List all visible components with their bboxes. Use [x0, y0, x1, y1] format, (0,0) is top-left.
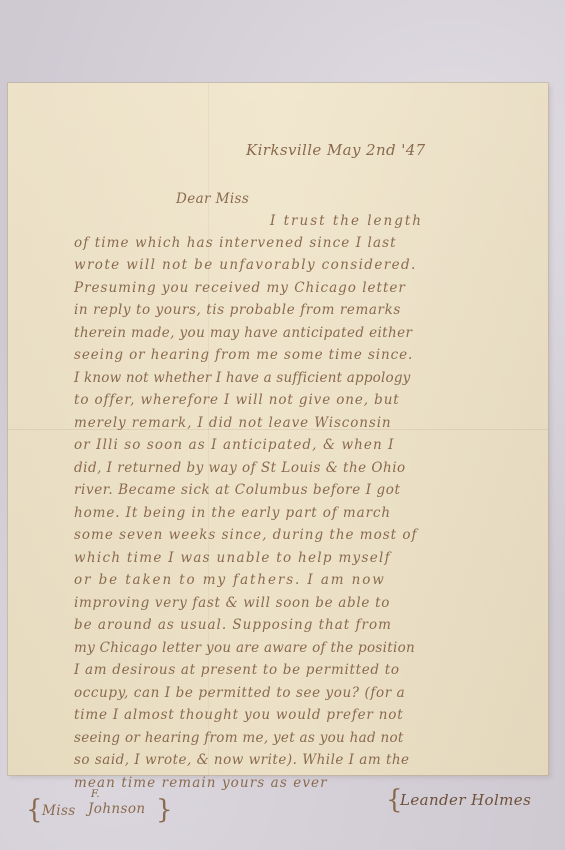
body-line: mean time remain yours as ever	[74, 777, 328, 791]
body-line: I trust the length	[270, 215, 423, 229]
body-line: merely remark, I did not leave Wisconsin	[74, 417, 392, 431]
salutation: Dear Miss	[176, 193, 249, 207]
place-date: Kirksville May 2nd '47	[246, 143, 426, 158]
body-line: my Chicago letter you are aware of the p…	[74, 642, 415, 656]
body-line: did, I returned by way of St Louis & the…	[74, 462, 406, 476]
body-line: home. It being in the early part of marc…	[74, 507, 391, 521]
body-line: so said, I wrote, & now write). While I …	[74, 754, 410, 768]
letter-page: Kirksville May 2nd '47 Dear Miss I trust…	[8, 83, 548, 775]
addressee-name: Johnson	[88, 803, 145, 817]
body-line: seeing or hearing from me, yet as you ha…	[74, 732, 404, 746]
body-line: Presuming you received my Chicago letter	[74, 282, 406, 296]
body-line: or be taken to my fathers. I am now	[74, 574, 386, 588]
body-line: river. Became sick at Columbus before I …	[74, 484, 401, 498]
body-line: which time I was unable to help myself	[74, 552, 391, 566]
addressee-brace-left: {	[26, 797, 43, 823]
body-line: therein made, you may have anticipated e…	[74, 327, 412, 341]
body-line: I am desirous at present to be permitted…	[74, 664, 400, 678]
body-line: I know not whether I have a sufficient a…	[74, 372, 411, 386]
body-line: of time which has intervened since I las…	[74, 237, 397, 251]
addressee-initial: F.	[91, 789, 100, 800]
addressee-brace-right: }	[156, 797, 173, 823]
signature: Leander Holmes	[400, 793, 531, 808]
addressee-label: Miss	[42, 805, 76, 819]
body-line: occupy, can I be permitted to see you? (…	[74, 687, 405, 701]
body-line: time I almost thought you would prefer n…	[74, 709, 403, 723]
body-line: or Illi so soon as I anticipated, & when…	[74, 439, 395, 453]
body-line: wrote will not be unfavorably considered…	[74, 259, 417, 273]
body-line: in reply to yours, tis probable from rem…	[74, 304, 401, 318]
body-line: seeing or hearing from me some time sinc…	[74, 349, 413, 363]
body-line: to offer, wherefore I will not give one,…	[74, 394, 400, 408]
body-line: improving very fast & will soon be able …	[74, 597, 390, 611]
body-line: some seven weeks since, during the most …	[74, 529, 418, 543]
body-line: be around as usual. Supposing that from	[74, 619, 392, 633]
